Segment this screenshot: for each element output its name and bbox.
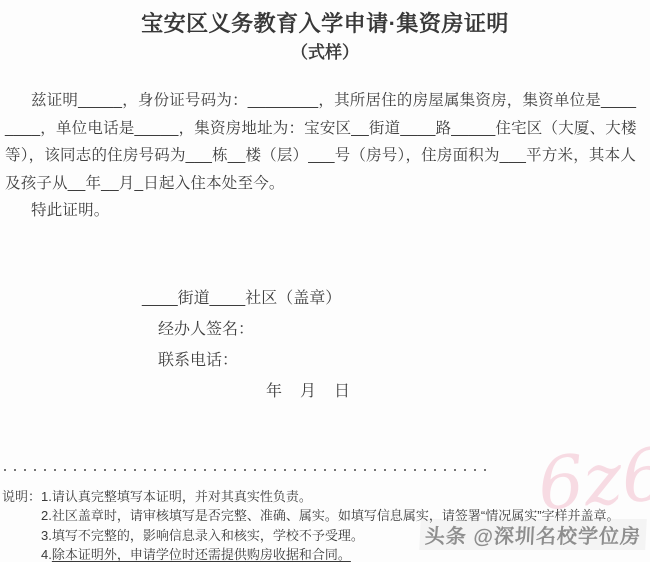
document-body: 兹证明_____，身份证号码为：________，其所居住的房屋属集资房，集资单… bbox=[5, 87, 650, 225]
body-line-1: 兹证明_____，身份证号码为：________，其所居住的房屋属集资房，集资单… bbox=[5, 87, 650, 115]
note-number: 4. bbox=[41, 547, 52, 562]
note-number: 2. bbox=[41, 508, 52, 523]
body-line-3: 等），该同志的住房号码为___栋__楼（层）___号（房号），住房面积为___平… bbox=[5, 142, 650, 170]
body-line-2: ____，单位电话是_____，集资房地址为：宝安区__街道____路_____… bbox=[5, 115, 650, 143]
note-text: 请认真完整填写本证明，并对其真实性负责。 bbox=[52, 489, 312, 504]
document-subtitle: （式样） bbox=[0, 38, 650, 63]
body-line-4: 及孩子从__年__月_日起入住本处至今。 bbox=[5, 170, 650, 198]
closing-line: 特此证明。 bbox=[5, 197, 650, 225]
agent-signature-label: 经办人签名： bbox=[142, 314, 351, 345]
certificate-document-page: 宝安区义务教育入学申请·集资房证明 （式样） 兹证明_____，身份证号码为：_… bbox=[0, 0, 650, 562]
note-item-1: 1.请认真完整填写本证明，并对其真实性负责。 bbox=[41, 487, 620, 506]
note-number: 1. bbox=[41, 489, 52, 504]
signature-block: ____街道____社区（盖章） 经办人签名： 联系电话： 年 月 日 bbox=[142, 283, 351, 407]
date-line: 年 月 日 bbox=[142, 376, 351, 407]
note-number: 3. bbox=[41, 528, 52, 543]
toutiao-watermark: 头条 @深圳名校学位房 bbox=[419, 519, 647, 550]
note-text: 除本证明外，申请学位时还需提供购房收据和合同。 bbox=[52, 547, 351, 562]
document-title: 宝安区义务教育入学申请·集资房证明 bbox=[0, 7, 650, 38]
contact-phone-label: 联系电话： bbox=[142, 345, 351, 376]
note-text: 填写不完整的，影响信息录入和核实，学校不予受理。 bbox=[52, 528, 364, 543]
street-community-stamp-line: ____街道____社区（盖章） bbox=[142, 283, 351, 314]
dotted-cut-line bbox=[4, 469, 487, 471]
notes-label: 说明： bbox=[2, 487, 41, 562]
